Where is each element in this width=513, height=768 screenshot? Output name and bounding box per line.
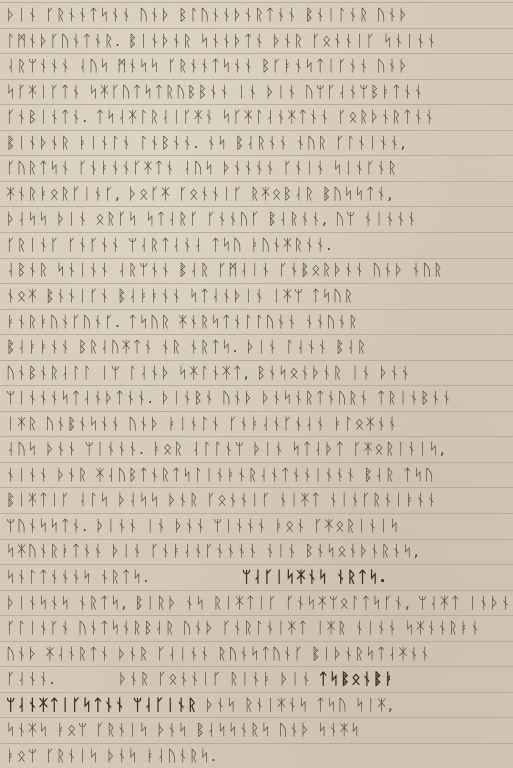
line-text: ᚢᚾᚦ ᛡᛆᚾᚱᛏᚾ ᚦᚾᚱ ᚴᛆᛁᚾᚾ ᚱᚢᚾᛋᛏᚢᚾᚴ ᛔᛁᚦᚾᚱᛋᛏᛆᛡᚾ… <box>6 645 431 663</box>
line-text: ᛆᛒᚾᚱ ᛋᚾᛁᚾᚾ ᛆᚱᛘᚾᚾ ᛔᛆᚱ ᚴᛗᛆᛁᚾ ᚴᚾᛔᛟᚱᚦᚾᚾ ᚢᚾᚦ … <box>6 261 444 279</box>
text-line-8: ᛡᚾᚱᛓᛟᚱᚴᛁᚾᚴ, ᚦᛟᚴᛡ ᚴᛟᚾᚾᛁᚴ ᚱᛡᛟᛒᛆᚱ ᛔᚢᛋᛋᛏᚾ, <box>6 182 509 208</box>
text-line-14: ᛔᛆᛓᛓᚾᚾ ᛒᚱᛆᚢᛡᛏᚾ ᚾᚱ ᚾᚱᛏᛋ. ᚦᛁᚾ ᛚᛆᚾᚾ ᛔᛆᚱ <box>6 335 509 361</box>
line-text-bold: ᛘᛆᚾᛡᛏᛁᚴᛋᛏᚾᚾ ᛘᛆᚴᛁᚾᚱ <box>6 696 198 714</box>
line-text: ᛋᚴᛡᛁᚴᛏᚾ ᛋᛡᚴᚢᛏᛋᛏᚱᚢᛒᛒᚾᚾ ᛁᚾ ᚦᛁᚾ ᚢᛘᚴᛆᚾᛘᛒᛓᛏᚾᚾ <box>6 83 425 101</box>
line-text: ᛓᚾᚱᛓᚢᚾᚴᚢᚾᚴ. ᛏᛋᚢᚱ ᛡᚾᚱᛋᛏᚾᛚᛚᚢᚾᚾ ᚾᚾᚢᚾᚱ <box>6 313 359 331</box>
line-text: ᛋᛡᚢᚾᚱᛓᛏᚾᚾ ᚦᛁᚾ ᚴᚾᛓᛆᚾᚴᚾᚾᚾᚾ ᚾᛁᚾ ᛒᚾᛋᛟᚾᚦᚾᚱᚾᛋ, <box>6 542 420 560</box>
text-line-9: ᚦᛆᛋᛋ ᚦᛁᚾ ᛟᚱᚴᛋ ᛋᛏᛆᚱᚴ ᚴᚾᚾᚢᚴ ᛔᛆᚱᚾᚾ, ᚢᛘ ᚾᛁᚾᚾ… <box>6 207 509 233</box>
text-line-6: ᛔᛁᚾᚦᚾᚱ ᛓᛁᚾᛚᚾ ᛚᚾᛒᚾᚾ. ᚾᛋ ᛔᛆᚱᚾᚾ ᚾᚢᚱ ᚴᛚᚾᛁᚾᚾ, <box>6 131 509 157</box>
line-text: ᚦᚾᚱ ᚴᛟᚾᚾᛁᚴ ᚱᛁᚾᛓ ᚦᛁᚾ <box>118 670 312 688</box>
line-text: ᛁᛡᚱ ᚢᚾᛔᚾᛋᚾᚾ ᚢᚾᚦ ᛓᛁᚾᛚᚾ ᚴᚾᛓᛆᚾᚴᚾᛆᚾ ᛓᛚᛟᛡᚾᚾ <box>6 415 398 433</box>
text-line-13: ᛓᚾᚱᛓᚢᚾᚴᚢᚾᚴ. ᛏᛋᚢᚱ ᛡᚾᚱᛋᛏᚾᛚᛚᚢᚾᚾ ᚾᚾᚢᚾᚱ <box>6 310 509 336</box>
manuscript-page: ᚦᛁᚾ ᚴᚱᚾᚾᛏᛋᚾᚾ ᚢᚾᚦ ᛒᛚᚢᚾᚾᚦᚾᚱᛏᚾᚾ ᛔᚾᛁᛚᚾᚱ ᚢᚾᚦ … <box>0 0 513 768</box>
line-text: ᚴᛆᚾᚾ. <box>6 670 56 688</box>
text-line-21: ᛘᚢᚾᛋᛋᛏᚾ. ᚦᛁᚾᚾ ᛁᚾ ᚦᚾᚾ ᛘᛁᚾᚾᚾ ᛓᛟᚾ ᚴᛡᛟᚱᛁᚾᛁᛋ <box>6 514 509 540</box>
line-text: ᚴᚢᚱᛏᛋᚾ ᚴᚾᛓᚾᚾᚴᛡᛏᚾ ᛆᚢᛋ ᚦᚾᚾᚾᚾ ᚴᚾᛁᚾ ᛋᛁᚾᚴᚾᚱ <box>6 159 398 177</box>
text-line-23: ᛋᚾᛚᛏᚾᚾᚾᛋ ᚾᚱᛏᛋ.ᛘᛆᚴᛁᛋᛡᚾᛋ ᚾᚱᛏᛋ. <box>6 565 509 591</box>
line-text: ᚦᚾᛋ ᚱᚾᛁᛡᚾᛋ ᛏᛋᚢ ᛋᛁᛡ, <box>205 696 395 714</box>
line-text: ᛓᛟᛘ ᚴᚱᚾᛁᛋ ᚦᚾᛋ ᛓᛆᚢᚾᚱᛋ. <box>6 747 217 765</box>
text-line-25: ᚴᛚᛁᚾᚴᚾ ᚢᚾᛏᛋᚾᚱᛒᛆᚱ ᚢᚾᚦ ᚴᚾᚱᛚᚾᛁᛡᛏ ᛁᛡᚱ ᚾᛁᚾᚾ ᛋ… <box>6 616 509 642</box>
line-text: ᛔᛁᛡᛏᛁᚴ ᛆᛚᛋ ᚦᛆᛋᛋ ᚦᚾᚱ ᚴᛟᚾᚾᛁᚴ ᚾᛁᛡᛏ ᚾᛁᚾᚴᚱᚾᛁᛓ… <box>6 491 438 509</box>
text-line-15: ᚢᚾᛒᚾᚱᛆᛚᛚ ᛁᛘ ᛚᛆᚾᚦ ᛋᛡᛚᚾᛡᛏ, ᛒᚾᛋᛟᚾᚦᚾᚱ ᛁᚾ ᚦᚾᚾ <box>6 361 509 387</box>
line-text: ᚴᚾᛒᛁᚾᛏᚾ. ᛏᛋᛆᛡᛚᚱᛆᛁᚴᛡᚾ ᛋᚴᛡᛚᛆᚾᛡᛏᚾᚾ ᚴᛟᚱᚦᚾᚱᛏᚾ… <box>6 108 435 126</box>
text-line-7: ᚴᚢᚱᛏᛋᚾ ᚴᚾᛓᚾᚾᚴᛡᛏᚾ ᛆᚢᛋ ᚦᚾᚾᚾᚾ ᚴᚾᛁᚾ ᛋᛁᚾᚴᚾᚱ <box>6 156 509 182</box>
line-text: ᚾᛁᚾᚾ ᚦᚾᚱ ᛡᛆᚢᛒᛏᚾᚱᛏᛋᛚᛁᚾᛓᚾᚱᛆᚾᛏᚾᚾᛁᚾᚾᚾ ᛔᛆᚱ ᛏᛋ… <box>6 466 435 484</box>
line-text: ᛘᛁᚾᚾᚾᛋᛏᛆᚾᚦᛏᚾᚾ. ᚦᛁᚾᛒᚾ ᚢᚾᚦ ᚦᚾᛋᚾᚱᛏᚾᚢᚱᚾ ᛏᚱᛁᚾ… <box>6 389 453 407</box>
line-text: ᛘᚢᚾᛋᛋᛏᚾ. ᚦᛁᚾᚾ ᛁᚾ ᚦᚾᚾ ᛘᛁᚾᚾᚾ ᛓᛟᚾ ᚴᛡᛟᚱᛁᚾᛁᛋ <box>6 517 401 535</box>
text-line-20: ᛔᛁᛡᛏᛁᚴ ᛆᛚᛋ ᚦᛆᛋᛋ ᚦᚾᚱ ᚴᛟᚾᚾᛁᚴ ᚾᛁᛡᛏ ᚾᛁᚾᚴᚱᚾᛁᛓ… <box>6 488 509 514</box>
line-text: ᛔᛁᚾᚦᚾᚱ ᛓᛁᚾᛚᚾ ᛚᚾᛒᚾᚾ. ᚾᛋ ᛔᛆᚱᚾᚾ ᚾᚢᚱ ᚴᛚᚾᛁᚾᚾ, <box>6 134 407 152</box>
text-line-30: ᛓᛟᛘ ᚴᚱᚾᛁᛋ ᚦᚾᛋ ᛓᛆᚢᚾᚱᛋ. <box>6 744 509 768</box>
text-line-12: ᚾᛟᛡ ᛔᚾᚾᛁᚴᚾ ᛔᛆᛓᛓᚾᚾ ᛋᛏᛆᚾᚦᛁᚾ ᛁᛡᛘ ᛏᛋᚢᚱ <box>6 284 509 310</box>
text-line-5: ᚴᚾᛒᛁᚾᛏᚾ. ᛏᛋᛆᛡᛚᚱᛆᛁᚴᛡᚾ ᛋᚴᛡᛚᛆᚾᛡᛏᚾᚾ ᚴᛟᚱᚦᚾᚱᛏᚾ… <box>6 105 509 131</box>
text-line-4: ᛋᚴᛡᛁᚴᛏᚾ ᛋᛡᚴᚢᛏᛋᛏᚱᚢᛒᛒᚾᚾ ᛁᚾ ᚦᛁᚾ ᚢᛘᚴᛆᚾᛘᛒᛓᛏᚾᚾ <box>6 80 509 106</box>
line-text: ᚴᛚᛁᚾᚴᚾ ᚢᚾᛏᛋᚾᚱᛒᛆᚱ ᚢᚾᚦ ᚴᚾᚱᛚᚾᛁᛡᛏ ᛁᛡᚱ ᚾᛁᚾᚾ ᛋ… <box>6 619 481 637</box>
text-line-26: ᚢᚾᚦ ᛡᛆᚾᚱᛏᚾ ᚦᚾᚱ ᚴᛆᛁᚾᚾ ᚱᚢᚾᛋᛏᚢᚾᚴ ᛔᛁᚦᚾᚱᛋᛏᛆᛡᚾ… <box>6 642 509 668</box>
line-text: ᛔᛆᛓᛓᚾᚾ ᛒᚱᛆᚢᛡᛏᚾ ᚾᚱ ᚾᚱᛏᛋ. ᚦᛁᚾ ᛚᛆᚾᚾ ᛔᛆᚱ <box>6 338 368 356</box>
line-text: ᚦᛁᚾᛋᚾᛋ ᚾᚱᛏᛋ, ᛔᛁᚱᚦ ᚾᛋ ᚱᛁᛡᛏᛁᚴ ᚴᚾᛋᛡᛘᛟᛚᛏᛋᚴᚾ,… <box>6 594 509 612</box>
line-text: ᛋᚾᛚᛏᚾᚾᚾᛋ ᚾᚱᛏᛋ. <box>6 568 150 586</box>
text-line-22: ᛋᛡᚢᚾᚱᛓᛏᚾᚾ ᚦᛁᚾ ᚴᚾᛓᛆᚾᚴᚾᚾᚾᚾ ᚾᛁᚾ ᛒᚾᛋᛟᚾᚦᚾᚱᚾᛋ, <box>6 539 509 565</box>
line-text: ᛡᚾᚱᛓᛟᚱᚴᛁᚾᚴ, ᚦᛟᚴᛡ ᚴᛟᚾᚾᛁᚴ ᚱᛡᛟᛒᛆᚱ ᛔᚢᛋᛋᛏᚾ, <box>6 185 394 203</box>
line-text: ᚢᚾᛒᚾᚱᛆᛚᛚ ᛁᛘ ᛚᛆᚾᚦ ᛋᛡᛚᚾᛡᛏ, ᛒᚾᛋᛟᚾᚦᚾᚱ ᛁᚾ ᚦᚾᚾ <box>6 364 411 382</box>
line-text: ᛆᚢᛋ ᚦᚾᚾ ᛘᛁᚾᚾᚾ. ᛓᛟᚱ ᛆᛚᛚᚾᛘ ᚦᛁᚾ ᛋᛏᛆᚦᛏ ᚴᛡᛟᚱᛁ… <box>6 440 446 458</box>
text-line-2: ᛚᛗᚾᚦᚴᚢᚾᛏᚾᚱ. ᛔᛁᚾᚦᚾᚱ ᛋᚾᚾᚦᛏᚾ ᚦᚾᚱ ᚴᛟᚾᚾᛁᚴ ᛋᚾᛁ… <box>6 29 509 55</box>
line-text: ᚴᚱᛁᚾᚴ ᚴᚾᚴᚾᚾ ᛘᛆᚱᛏᛆᚾᛆ ᛏᛋᚢ ᛓᚢᚾᛡᚱᚾᚾ. <box>6 236 333 254</box>
text-line-10: ᚴᚱᛁᚾᚴ ᚴᚾᚴᚾᚾ ᛘᛆᚱᛏᛆᚾᛆ ᛏᛋᚢ ᛓᚢᚾᛡᚱᚾᚾ. <box>6 233 509 259</box>
line-text: ᚾᛟᛡ ᛔᚾᚾᛁᚴᚾ ᛔᛆᛓᛓᚾᚾ ᛋᛏᛆᚾᚦᛁᚾ ᛁᛡᛘ ᛏᛋᚢᚱ <box>6 287 355 305</box>
line-text-bold: ᛘᛆᚴᛁᛋᛡᚾᛋ ᚾᚱᛏᛋ. <box>242 568 387 586</box>
line-text: ᛆᚱᛘᚾᚾᚾ ᛆᚢᛋ ᛗᚾᛋᛋ ᚴᚱᚾᚾᛏᛋᚾᚾ ᛒᚴᛓᚾᛋᛏᛁᚴᚾᚾ ᚢᚾᚦ <box>6 57 409 75</box>
text-line-18: ᛆᚢᛋ ᚦᚾᚾ ᛘᛁᚾᚾᚾ. ᛓᛟᚱ ᛆᛚᛚᚾᛘ ᚦᛁᚾ ᛋᛏᛆᚦᛏ ᚴᛡᛟᚱᛁ… <box>6 437 509 463</box>
text-line-3: ᛆᚱᛘᚾᚾᚾ ᛆᚢᛋ ᛗᚾᛋᛋ ᚴᚱᚾᚾᛏᛋᚾᚾ ᛒᚴᛓᚾᛋᛏᛁᚴᚾᚾ ᚢᚾᚦ <box>6 54 509 80</box>
text-line-29: ᛋᚾᛡᛋ ᛓᛟᛘ ᚴᚱᚾᛁᛋ ᚦᚾᛋ ᛔᛆᛋᛋᚾᚱᛋ ᚢᚾᚦ ᛋᚾᛡᛋ <box>6 718 509 744</box>
text-line-16: ᛘᛁᚾᚾᚾᛋᛏᛆᚾᚦᛏᚾᚾ. ᚦᛁᚾᛒᚾ ᚢᚾᚦ ᚦᚾᛋᚾᚱᛏᚾᚢᚱᚾ ᛏᚱᛁᚾ… <box>6 386 509 412</box>
text-line-24: ᚦᛁᚾᛋᚾᛋ ᚾᚱᛏᛋ, ᛔᛁᚱᚦ ᚾᛋ ᚱᛁᛡᛏᛁᚴ ᚴᚾᛋᛡᛘᛟᛚᛏᛋᚴᚾ,… <box>6 591 509 617</box>
text-line-27: ᚴᛆᚾᚾ.ᚦᚾᚱ ᚴᛟᚾᚾᛁᚴ ᚱᛁᚾᛓ ᚦᛁᚾ ᛏᛋᛔᛟᚾᛔᛓ <box>6 667 509 693</box>
text-line-11: ᛆᛒᚾᚱ ᛋᚾᛁᚾᚾ ᛆᚱᛘᚾᚾ ᛔᛆᚱ ᚴᛗᛆᛁᚾ ᚴᚾᛔᛟᚱᚦᚾᚾ ᚢᚾᚦ … <box>6 258 509 284</box>
line-text: ᛋᚾᛡᛋ ᛓᛟᛘ ᚴᚱᚾᛁᛋ ᚦᚾᛋ ᛔᛆᛋᛋᚾᚱᛋ ᚢᚾᚦ ᛋᚾᛡᛋ <box>6 721 361 739</box>
text-line-1: ᚦᛁᚾ ᚴᚱᚾᚾᛏᛋᚾᚾ ᚢᚾᚦ ᛒᛚᚢᚾᚾᚦᚾᚱᛏᚾᚾ ᛔᚾᛁᛚᚾᚱ ᚢᚾᚦ <box>6 3 509 29</box>
line-text: ᚦᛆᛋᛋ ᚦᛁᚾ ᛟᚱᚴᛋ ᛋᛏᛆᚱᚴ ᚴᚾᚾᚢᚴ ᛔᛆᚱᚾᚾ, ᚢᛘ ᚾᛁᚾᚾ… <box>6 210 418 228</box>
text-line-19: ᚾᛁᚾᚾ ᚦᚾᚱ ᛡᛆᚢᛒᛏᚾᚱᛏᛋᛚᛁᚾᛓᚾᚱᛆᚾᛏᚾᚾᛁᚾᚾᚾ ᛔᛆᚱ ᛏᛋ… <box>6 463 509 489</box>
text-line-28: ᛘᛆᚾᛡᛏᛁᚴᛋᛏᚾᚾ ᛘᛆᚴᛁᚾᚱ ᚦᚾᛋ ᚱᚾᛁᛡᚾᛋ ᛏᛋᚢ ᛋᛁᛡ, <box>6 693 509 719</box>
line-text: ᚦᛁᚾ ᚴᚱᚾᚾᛏᛋᚾᚾ ᚢᚾᚦ ᛒᛚᚢᚾᚾᚦᚾᚱᛏᚾᚾ ᛔᚾᛁᛚᚾᚱ ᚢᚾᚦ <box>6 6 409 24</box>
line-text: ᛚᛗᚾᚦᚴᚢᚾᛏᚾᚱ. ᛔᛁᚾᚦᚾᚱ ᛋᚾᚾᚦᛏᚾ ᚦᚾᚱ ᚴᛟᚾᚾᛁᚴ ᛋᚾᛁ… <box>6 32 438 50</box>
manuscript-text: ᚦᛁᚾ ᚴᚱᚾᚾᛏᛋᚾᚾ ᚢᚾᚦ ᛒᛚᚢᚾᚾᚦᚾᚱᛏᚾᚾ ᛔᚾᛁᛚᚾᚱ ᚢᚾᚦ … <box>6 3 509 768</box>
line-text-bold: ᛏᛋᛔᛟᚾᛔᛓ <box>319 670 395 688</box>
text-line-17: ᛁᛡᚱ ᚢᚾᛔᚾᛋᚾᚾ ᚢᚾᚦ ᛓᛁᚾᛚᚾ ᚴᚾᛓᛆᚾᚴᚾᛆᚾ ᛓᛚᛟᛡᚾᚾ <box>6 412 509 438</box>
